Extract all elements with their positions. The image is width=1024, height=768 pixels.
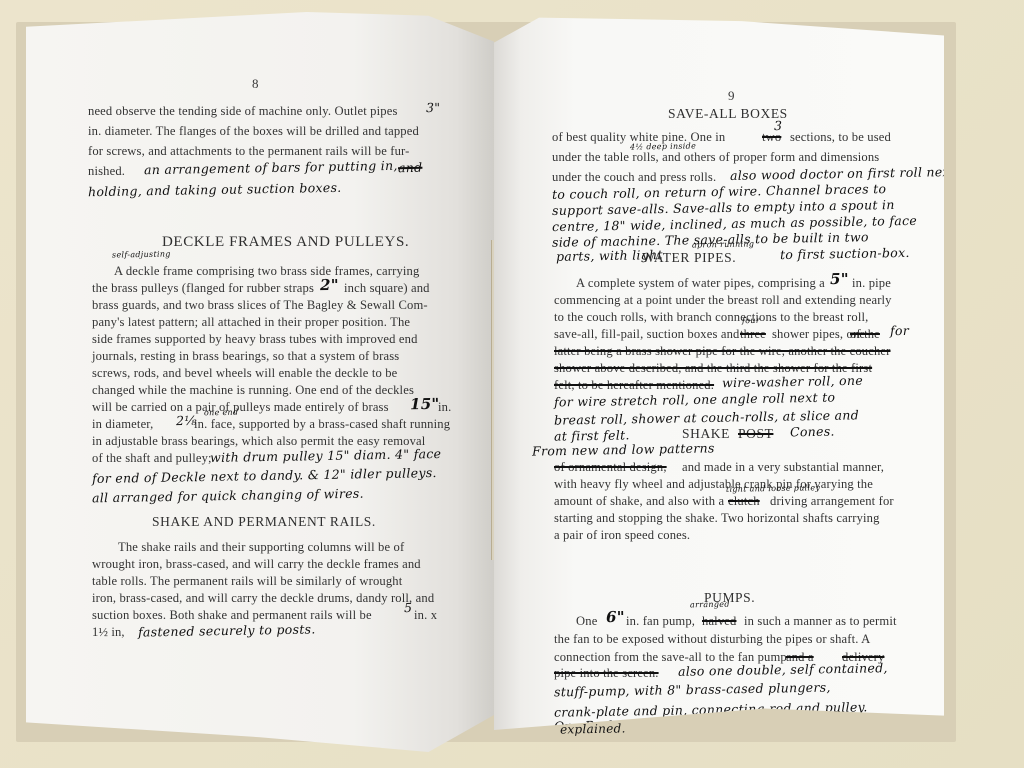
text-line: screws, rods, and bevel wheels will enab… xyxy=(92,366,397,381)
text-line: 1½ in, xyxy=(92,625,125,640)
handwritten-note: all arranged for quick changing of wires… xyxy=(92,486,364,506)
handwritten-note: stuff-pump, with 8" brass-cased plungers… xyxy=(554,680,831,700)
struck-text: halved xyxy=(702,614,736,629)
struck-text: of the xyxy=(850,327,880,342)
page-number: 9 xyxy=(728,88,735,104)
binding-thread xyxy=(491,240,494,560)
handwritten-insert: From new and low patterns xyxy=(532,440,715,458)
section-heading: DECKLE FRAMES AND PULLEYS. xyxy=(162,234,409,251)
handwritten-note: fastened securely to posts. xyxy=(138,621,316,639)
text-line: inch square) and xyxy=(344,281,430,296)
text-line: in. diameter. The flanges of the boxes w… xyxy=(88,124,419,139)
text-line: side frames supported by heavy brass tub… xyxy=(92,332,418,347)
struck-text: clutch xyxy=(728,494,760,509)
text-line: nished. xyxy=(88,164,125,179)
text-line: will be carried on a pair of pulleys mad… xyxy=(92,400,389,415)
handwritten-replacement: tight and loose pulley xyxy=(726,483,820,494)
text-line: in such a manner as to permit xyxy=(744,614,897,629)
text-line: commencing at a point under the breast r… xyxy=(554,293,892,308)
text-line: amount of shake, and also with a xyxy=(554,494,724,509)
handwritten-size: 5 xyxy=(404,600,413,615)
handwritten-note: wire-washer roll, one xyxy=(722,373,863,390)
text-line: the brass pulleys (flanged for rubber st… xyxy=(92,281,314,296)
handwritten-struck: and xyxy=(398,160,423,175)
handwritten-size: 2" xyxy=(320,276,339,294)
handwritten-note: with drum pulley 15" diam. 4" face xyxy=(210,446,442,465)
handwritten-note: also one double, self contained, xyxy=(678,660,888,679)
handwritten-insert: apron running xyxy=(692,239,754,249)
text-line: need observe the tending side of machine… xyxy=(88,104,398,119)
text-line: a pair of iron speed cones. xyxy=(554,528,690,543)
text-line: A deckle frame comprising two brass side… xyxy=(114,264,419,279)
text-line: sections, to be used xyxy=(790,130,891,145)
handwritten-note: holding, and taking out suction boxes. xyxy=(88,180,342,199)
text-line: wrought iron, brass-cased, and will carr… xyxy=(92,557,421,572)
text-line: suction boxes. Both shake and permanent … xyxy=(92,608,372,623)
text-line: journals, resting in brass bearings, so … xyxy=(92,349,399,364)
section-heading: WATER PIPES. xyxy=(642,250,736,266)
handwritten-size: 6" xyxy=(606,608,625,626)
text-line: table rolls. The permanent rails will be… xyxy=(92,574,402,589)
right-page: 9 SAVE-ALL BOXES of best quality white p… xyxy=(494,14,944,730)
text-line: in diameter, xyxy=(92,417,153,432)
handwritten-note: an arrangement of bars for putting in, xyxy=(144,158,398,177)
section-heading: SHAKE AND PERMANENT RAILS. xyxy=(152,514,376,530)
text-line: One xyxy=(576,614,597,629)
text-line: in. fan pump, xyxy=(626,614,695,629)
handwritten-replacement: four xyxy=(742,316,760,325)
handwritten-size: 15" xyxy=(410,395,440,414)
handwritten-heading: Cones. xyxy=(790,424,835,440)
text-line: starting and stopping the shake. Two hor… xyxy=(554,511,880,526)
text-line: the fan to be exposed without disturbing… xyxy=(554,632,870,647)
handwritten-note: to first suction-box. xyxy=(780,245,910,262)
text-line: save-all, fill-pail, suction boxes and xyxy=(554,327,739,342)
text-line: in. xyxy=(438,400,451,415)
handwritten-note: for end of Deckle next to dandy. & 12" i… xyxy=(92,465,437,486)
text-line: of the shaft and pulley; xyxy=(92,451,212,466)
page-number: 8 xyxy=(252,76,259,92)
text-line: brass guards, and two brass slices of Th… xyxy=(92,298,428,313)
text-line: in. x xyxy=(414,608,437,623)
handwritten-insert: self-adjusting xyxy=(112,249,171,259)
text-line: iron, brass-cased, and will carry the de… xyxy=(92,591,434,606)
struck-heading: POST xyxy=(738,426,773,442)
struck-text: of ornamental design, xyxy=(554,460,667,475)
text-line: pany's latest pattern; all attached in t… xyxy=(92,315,410,330)
handwritten-insert: one end xyxy=(204,408,239,418)
struck-text: latter being a brass shower pipe for the… xyxy=(554,344,891,359)
handwritten-size: 3" xyxy=(426,100,441,115)
left-page: 8 need observe the tending side of machi… xyxy=(26,12,494,752)
text-line: for screws, and attachments to the perma… xyxy=(88,144,409,159)
text-line: in. pipe xyxy=(852,276,891,291)
text-line: under the table rolls, and others of pro… xyxy=(552,150,879,165)
handwritten-note: explained. xyxy=(560,721,626,736)
handwritten-note: for xyxy=(890,323,909,338)
text-line: driving arrangement for xyxy=(770,494,894,509)
struck-text: felt, to be hereafter mentioned. xyxy=(554,378,714,393)
text-line: to the couch rolls, with branch connecti… xyxy=(554,310,868,325)
struck-text: three xyxy=(740,327,766,342)
struck-text: pipe into the screen. xyxy=(554,666,659,681)
text-line: A complete system of water pipes, compri… xyxy=(576,276,825,291)
handwritten-note: also wood doctor on first roll next xyxy=(730,164,944,183)
handwritten-replacement: arranged xyxy=(690,600,730,610)
text-line: under the couch and press rolls. xyxy=(552,170,716,185)
struck-text: two xyxy=(762,130,781,145)
section-heading: SAVE-ALL BOXES xyxy=(668,106,788,122)
text-line: The shake rails and their supporting col… xyxy=(118,540,404,555)
text-line: with heavy fly wheel and adjustable cran… xyxy=(554,477,873,492)
text-line: in. face, supported by a brass-cased sha… xyxy=(194,417,450,432)
handwritten-size: 5" xyxy=(830,270,849,288)
text-line: and made in a very substantial manner, xyxy=(682,460,884,475)
text-line: changed while the machine is running. On… xyxy=(92,383,414,398)
